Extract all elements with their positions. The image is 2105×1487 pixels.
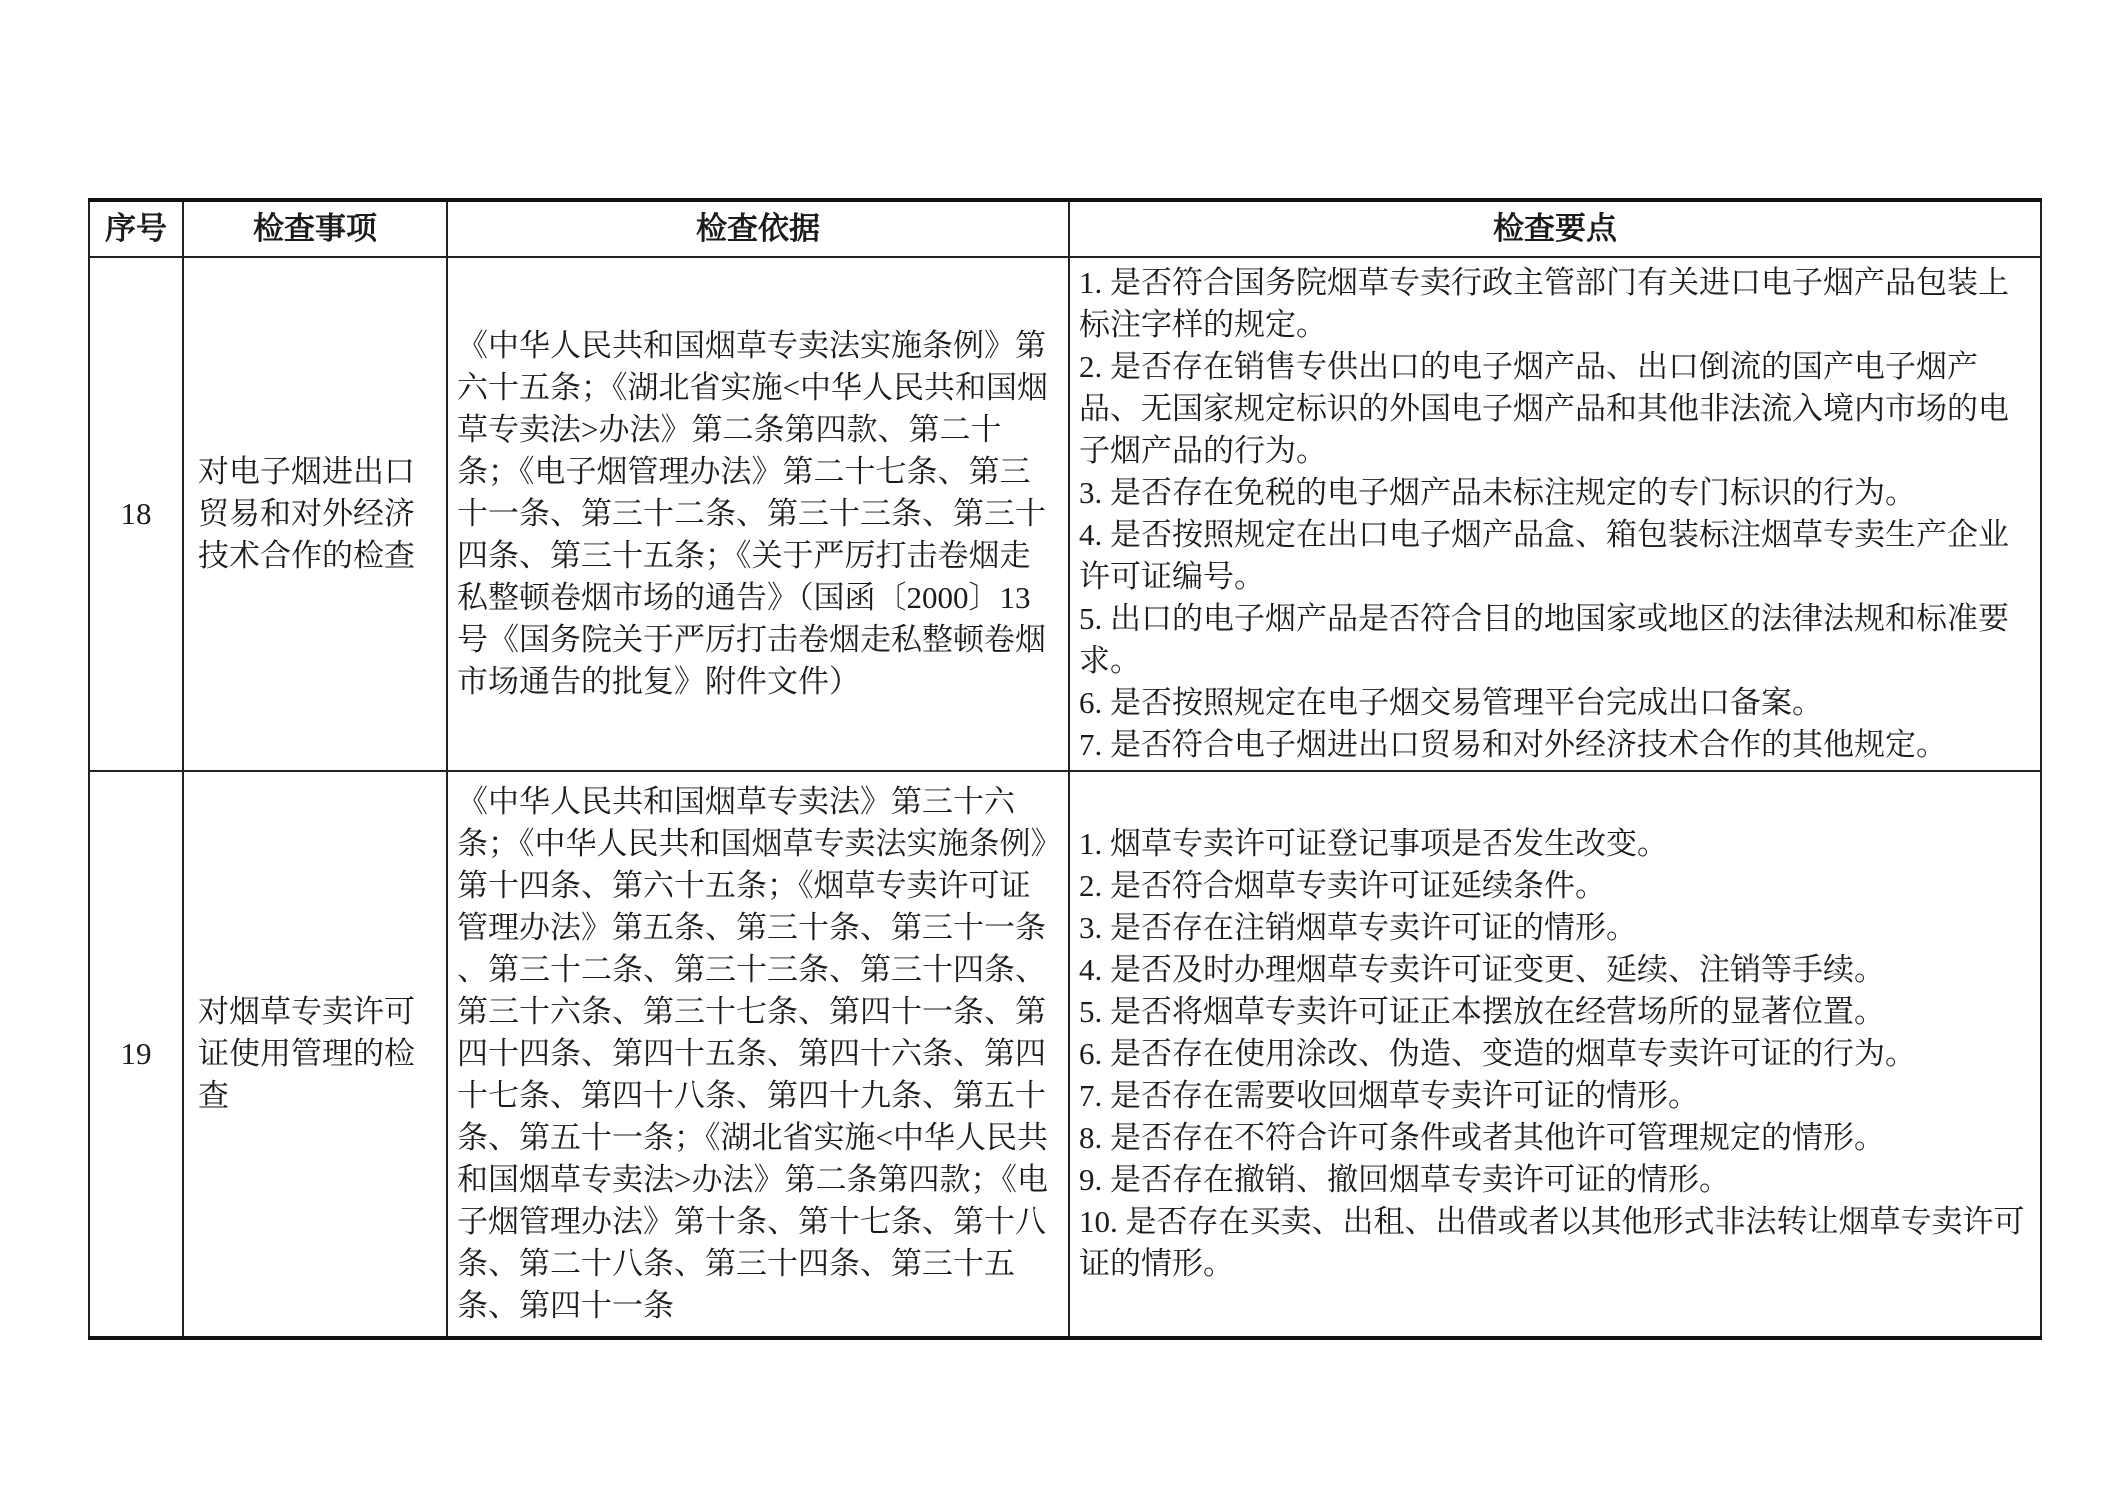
inspection-basis-cell: 《中华人民共和国烟草专卖法实施条例》第六十五条；《湖北省实施<中华人民共和国烟草… — [447, 257, 1069, 771]
document-page: 序号 检查事项 检查依据 检查要点 18 对电子烟进出口贸易和对外经济技术合作的… — [0, 0, 2105, 1487]
point-item: 4. 是否按照规定在出口电子烟产品盒、箱包装标注烟草专卖生产企业许可证编号。 — [1079, 514, 2030, 598]
point-item: 9. 是否存在撤销、撤回烟草专卖许可证的情形。 — [1079, 1159, 2030, 1201]
point-item: 3. 是否存在免税的电子烟产品未标注规定的专门标识的行为。 — [1079, 472, 2030, 514]
header-serial-number: 序号 — [89, 200, 183, 257]
point-item: 1. 是否符合国务院烟草专卖行政主管部门有关进口电子烟产品包装上标注字样的规定。 — [1079, 262, 2030, 346]
point-item: 2. 是否符合烟草专卖许可证延续条件。 — [1079, 865, 2030, 907]
header-inspection-item: 检查事项 — [183, 200, 447, 257]
point-item: 5. 出口的电子烟产品是否符合目的地国家或地区的法律法规和标准要求。 — [1079, 598, 2030, 682]
point-item: 7. 是否存在需要收回烟草专卖许可证的情形。 — [1079, 1075, 2030, 1117]
point-item: 6. 是否存在使用涂改、伪造、变造的烟草专卖许可证的行为。 — [1079, 1033, 2030, 1075]
point-item: 3. 是否存在注销烟草专卖许可证的情形。 — [1079, 907, 2030, 949]
inspection-basis-cell: 《中华人民共和国烟草专卖法》第三十六条；《中华人民共和国烟草专卖法实施条例》第十… — [447, 771, 1069, 1338]
point-item: 1. 烟草专卖许可证登记事项是否发生改变。 — [1079, 823, 2030, 865]
inspection-item-cell: 对烟草专卖许可证使用管理的检查 — [183, 771, 447, 1338]
table-row: 18 对电子烟进出口贸易和对外经济技术合作的检查 《中华人民共和国烟草专卖法实施… — [89, 257, 2041, 771]
inspection-table: 序号 检查事项 检查依据 检查要点 18 对电子烟进出口贸易和对外经济技术合作的… — [88, 198, 2042, 1340]
inspection-points-cell: 1. 是否符合国务院烟草专卖行政主管部门有关进口电子烟产品包装上标注字样的规定。… — [1069, 257, 2041, 771]
header-inspection-basis: 检查依据 — [447, 200, 1069, 257]
header-inspection-points: 检查要点 — [1069, 200, 2041, 257]
table-row: 19 对烟草专卖许可证使用管理的检查 《中华人民共和国烟草专卖法》第三十六条；《… — [89, 771, 2041, 1338]
inspection-points-cell: 1. 烟草专卖许可证登记事项是否发生改变。 2. 是否符合烟草专卖许可证延续条件… — [1069, 771, 2041, 1338]
serial-number-cell: 18 — [89, 257, 183, 771]
point-item: 5. 是否将烟草专卖许可证正本摆放在经营场所的显著位置。 — [1079, 991, 2030, 1033]
serial-number-cell: 19 — [89, 771, 183, 1338]
point-item: 4. 是否及时办理烟草专卖许可证变更、延续、注销等手续。 — [1079, 949, 2030, 991]
point-item: 8. 是否存在不符合许可条件或者其他许可管理规定的情形。 — [1079, 1117, 2030, 1159]
point-item: 10. 是否存在买卖、出租、出借或者以其他形式非法转让烟草专卖许可证的情形。 — [1079, 1201, 2030, 1285]
point-item: 6. 是否按照规定在电子烟交易管理平台完成出口备案。 — [1079, 682, 2030, 724]
point-item: 2. 是否存在销售专供出口的电子烟产品、出口倒流的国产电子烟产品、无国家规定标识… — [1079, 346, 2030, 472]
point-item: 7. 是否符合电子烟进出口贸易和对外经济技术合作的其他规定。 — [1079, 724, 2030, 766]
inspection-item-cell: 对电子烟进出口贸易和对外经济技术合作的检查 — [183, 257, 447, 771]
header-row: 序号 检查事项 检查依据 检查要点 — [89, 200, 2041, 257]
